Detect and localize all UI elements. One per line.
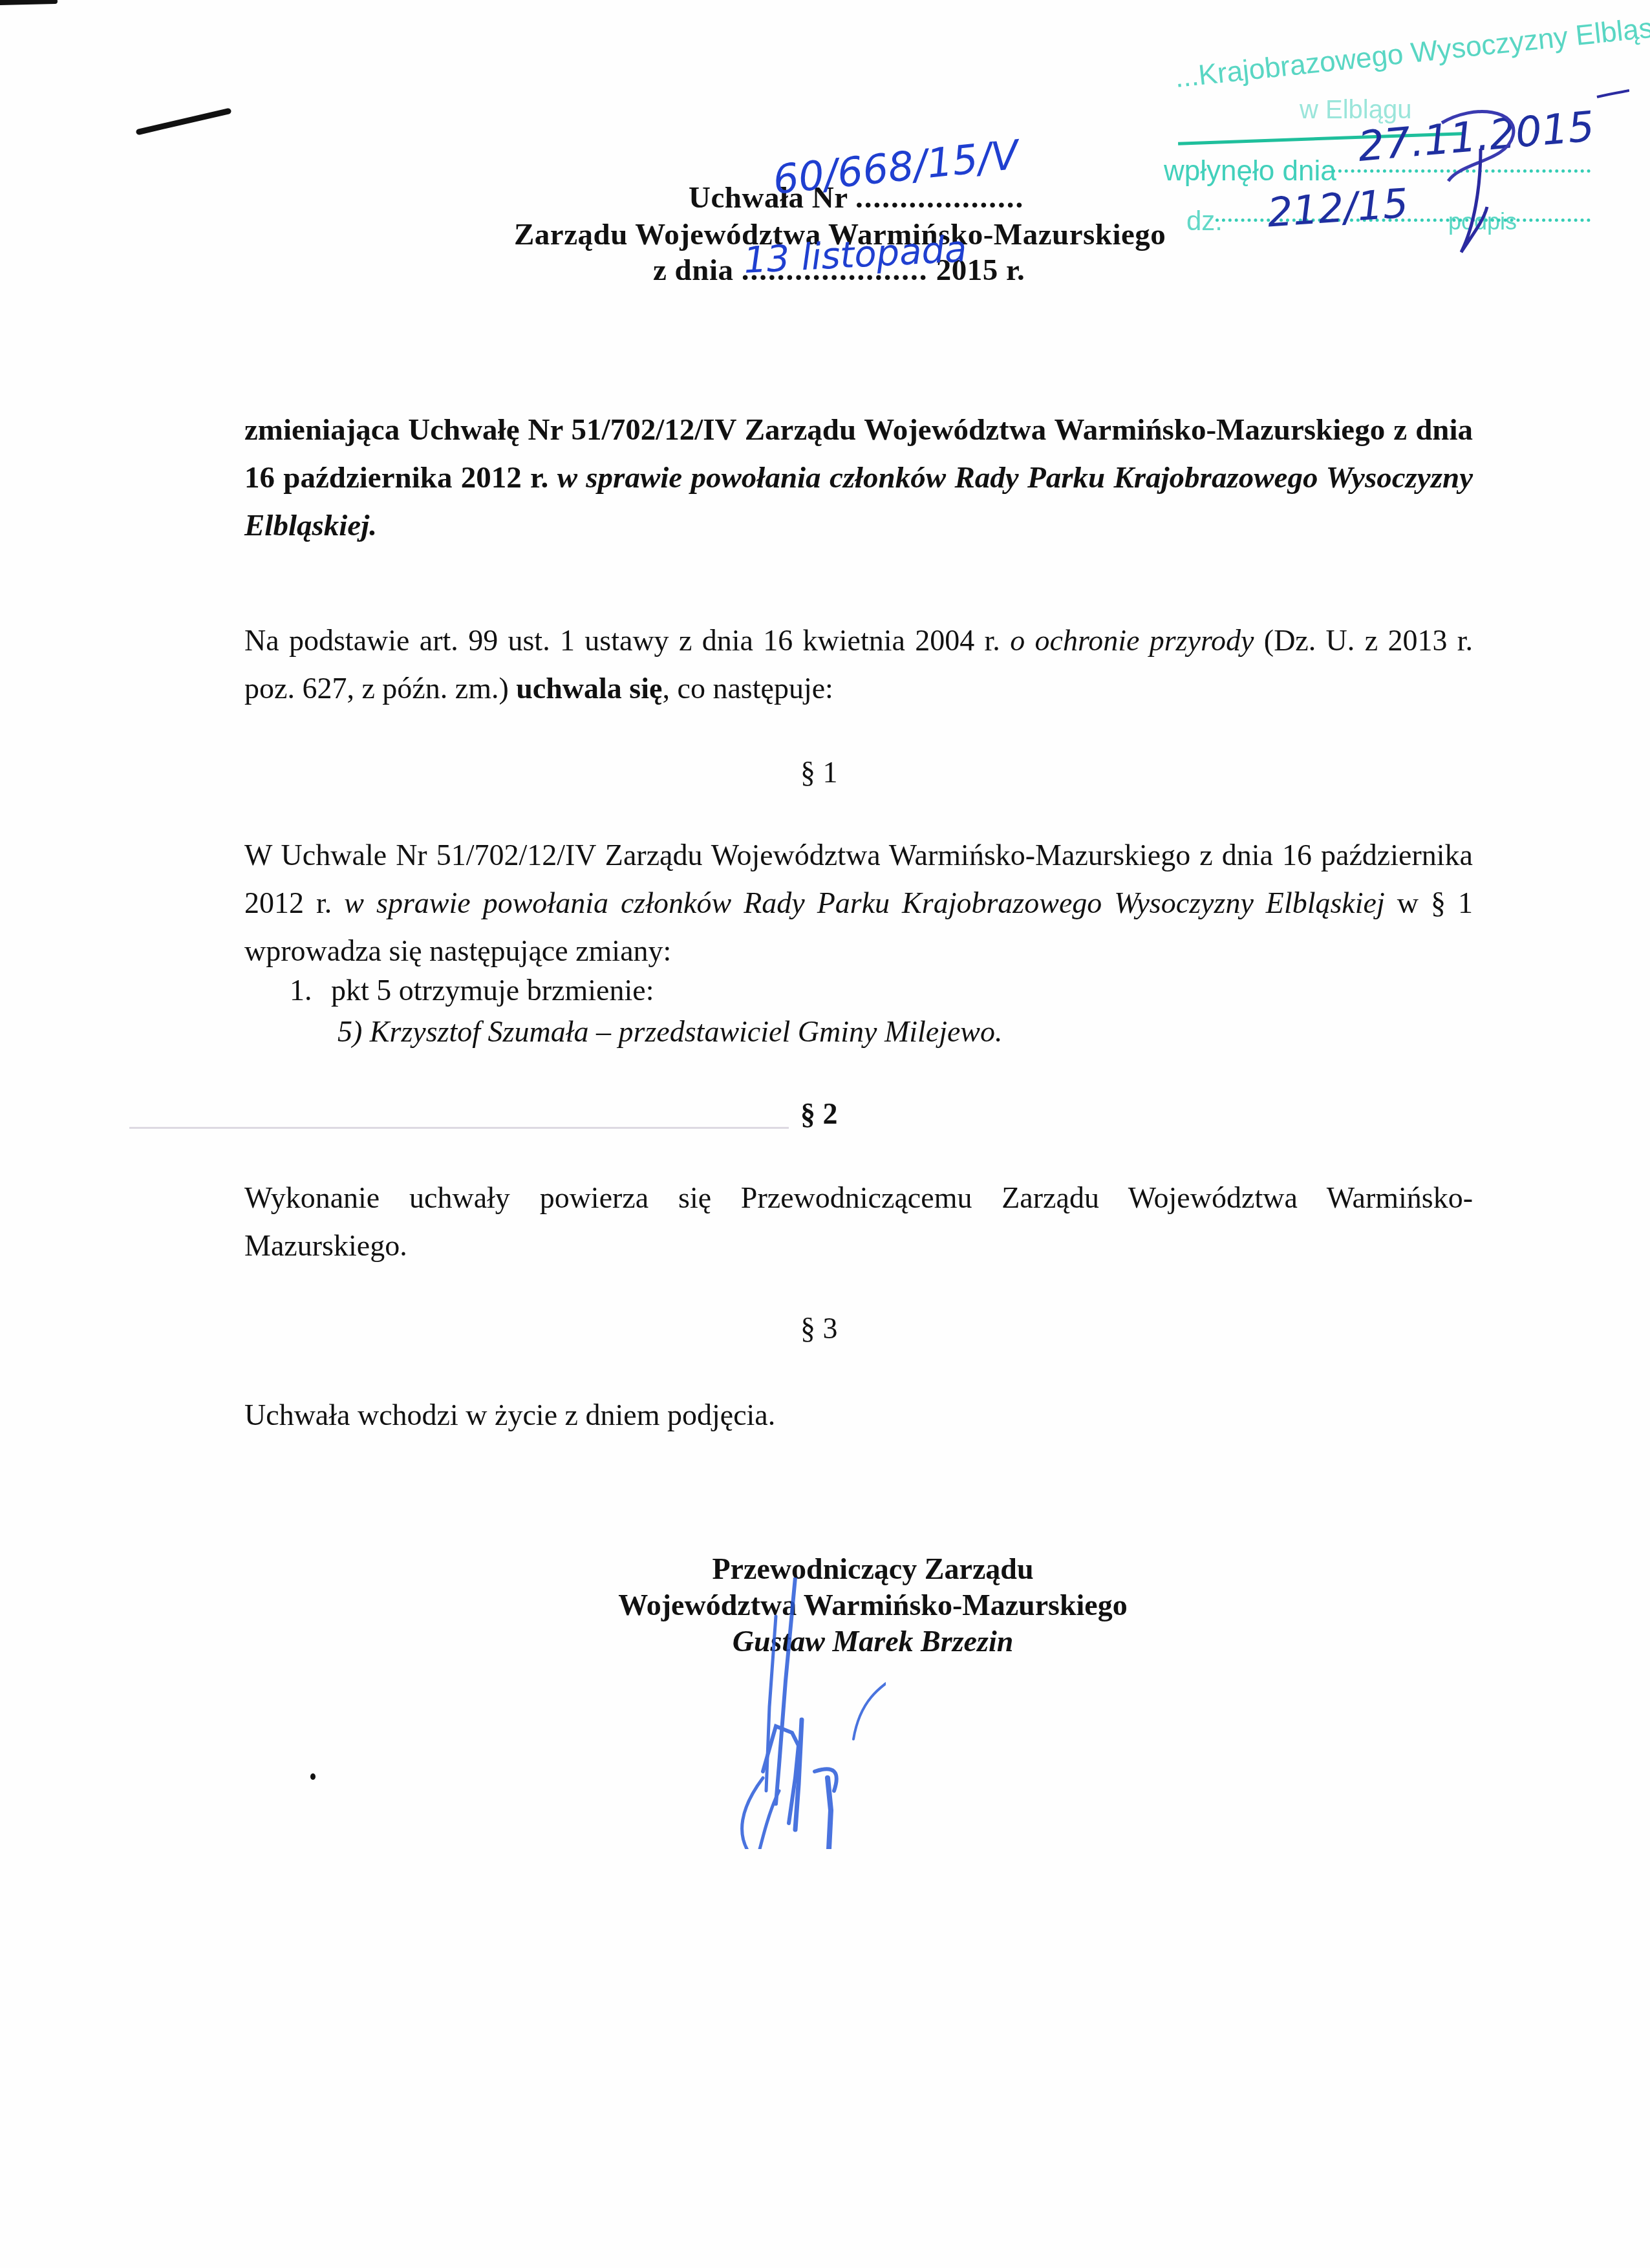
ink-dot bbox=[310, 1773, 316, 1780]
section-1-heading: § 1 bbox=[800, 755, 838, 789]
item-number: 1. bbox=[290, 974, 312, 1007]
resolves-phrase: uchwala się bbox=[516, 672, 662, 705]
stamp-received-label: wpłynęło dnia bbox=[1164, 155, 1336, 187]
section-2-text: Wykonanie uchwały powierza się Przewodni… bbox=[244, 1174, 1473, 1270]
section-1-intro-italic: w sprawie powołania członków Rady Parku … bbox=[344, 886, 1384, 919]
date-prefix: z dnia bbox=[653, 253, 733, 287]
document-page: Uchwała Nr ................... 60/668/15… bbox=[0, 0, 1650, 2268]
section-1-item-1: 1. pkt 5 otrzymuje brzmienie: bbox=[290, 971, 654, 1010]
legal-basis-text: Na podstawie art. 99 ust. 1 ustawy z dni… bbox=[244, 624, 1000, 657]
handwritten-ref-number: 212/15 bbox=[1266, 179, 1410, 236]
section-1-intro: W Uchwale Nr 51/702/12/IV Zarządu Wojewó… bbox=[244, 831, 1473, 975]
handwritten-signature-icon bbox=[666, 1578, 886, 1849]
legal-basis-end: , co następuje: bbox=[662, 672, 833, 705]
section-3-heading: § 3 bbox=[800, 1311, 838, 1345]
scan-smudge-line bbox=[129, 1127, 789, 1129]
section-1-item-1-quote: 5) Krzysztof Szumała – przedstawiciel Gm… bbox=[337, 1012, 1003, 1051]
section-2-heading: § 2 bbox=[800, 1097, 838, 1131]
pen-mark-icon bbox=[0, 0, 259, 155]
stamp-initials-signature-icon bbox=[1435, 78, 1629, 265]
resolution-subject: zmieniająca Uchwałę Nr 51/702/12/IV Zarz… bbox=[244, 406, 1473, 550]
legal-basis: Na podstawie art. 99 ust. 1 ustawy z dni… bbox=[244, 617, 1473, 712]
section-3-text: Uchwała wchodzi w życie z dniem podjęcia… bbox=[244, 1391, 1473, 1439]
act-title: o ochronie przyrody bbox=[1010, 624, 1254, 657]
item-text: pkt 5 otrzymuje brzmienie: bbox=[331, 974, 654, 1007]
